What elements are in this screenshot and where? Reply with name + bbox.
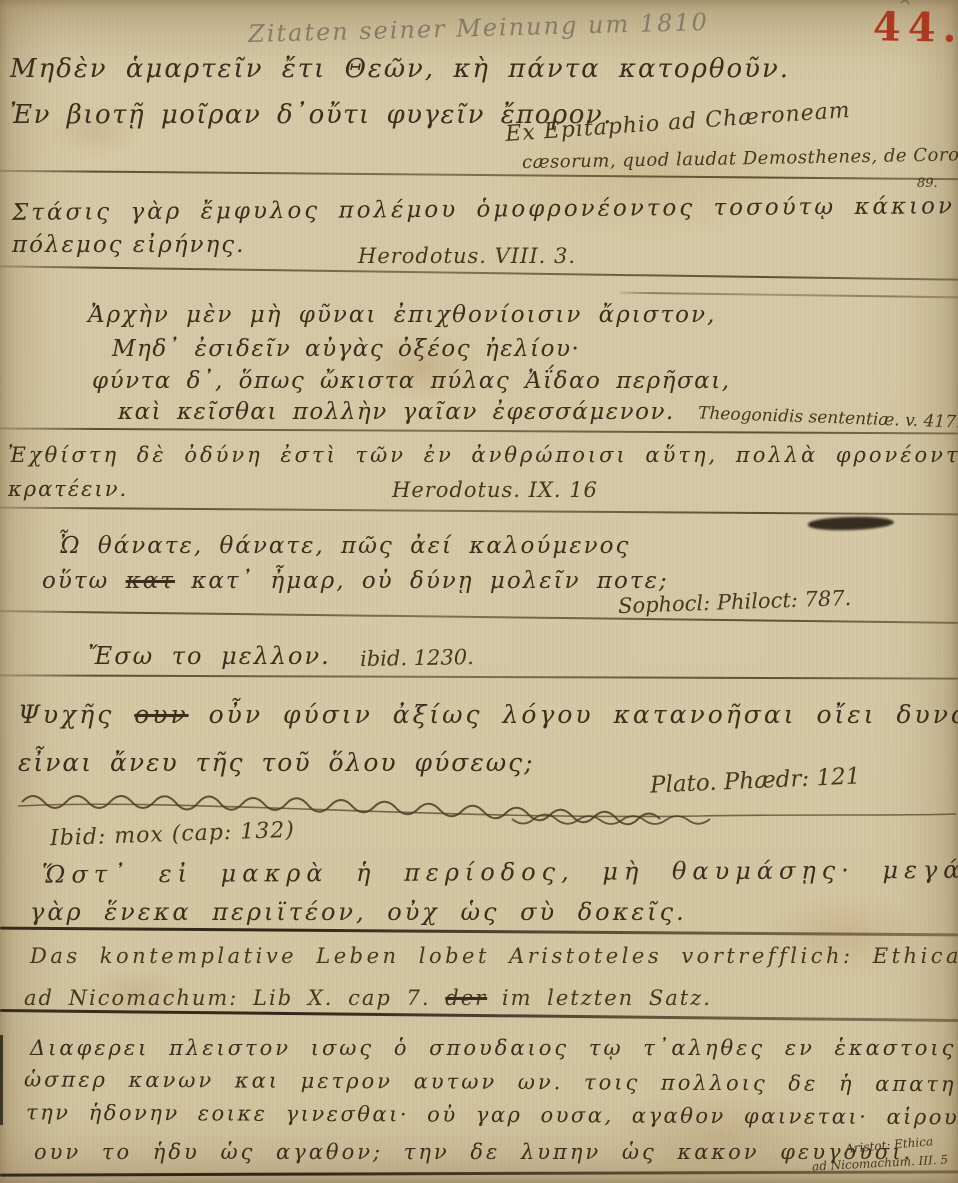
divider xyxy=(0,427,958,434)
pencil-header-note: Zitaten seiner Meinung um 1810 xyxy=(248,8,710,48)
quote-theognis-line-1: Ἀρχὴν μὲν μὴ φῦναι ἐπιχθονίοισιν ἄριστον… xyxy=(88,302,716,328)
quote-aristotle-line-4: ουν το ἡδυ ὡς αγαθον; την δε λυπην ὡς κα… xyxy=(34,1140,913,1164)
note-german-line-2-end: im letzten Satz. xyxy=(502,986,712,1010)
divider xyxy=(0,170,958,180)
quote-aristotle-line-3: την ἡδονην εοικε γινεσθαι· οὐ γαρ ουσα, … xyxy=(26,1100,958,1129)
citation-epitaph-ref: 89. xyxy=(917,176,938,191)
quote-epitaph-line-1: Μηδὲν ἁμαρτεῖν ἔτι Θεῶν, κὴ πάντα κατορθ… xyxy=(10,54,790,84)
citation-epitaph-line-2: cæsorum, quod laudat Demosthenes, de Cor… xyxy=(522,144,958,173)
struck-word: ουν xyxy=(134,700,188,729)
note-aristotle-german-line-1: Das kontemplative Leben lobet Aristotele… xyxy=(30,944,958,968)
citation-sophocles2: ibid. 1230. xyxy=(360,645,474,671)
struck-word: der xyxy=(445,986,487,1010)
quote-sophocles-line-2: οὕτω κατ κατ᾽ ἦμαρ, οὐ δύνῃ μολεῖν ποτε; xyxy=(42,568,669,594)
quote-aristotle-line-2: ὡσπερ κανων και μετρον αυτων ων. τοις πο… xyxy=(24,1067,958,1096)
quote-plato-line-1-end: οὖν φύσιν ἀξίως λόγου κατανοῆσαι οἴει δυ… xyxy=(209,700,958,729)
quote-herodotus9-line-1: Ἐχθίστη δὲ ὀδύνη ἐστὶ τῶν ἐν ἀνθρώποισι … xyxy=(8,443,958,467)
citation-herodotus8: Herodotus. VIII. 3. xyxy=(358,244,576,268)
quote-plato-line-1-start: Ψυχῆς xyxy=(18,700,114,729)
ink-smudge xyxy=(808,516,894,532)
quote-sophocles2-line-1: Ἔσω το μελλον. xyxy=(88,642,331,670)
quote-plato-line-1: Ψυχῆς ουν οὖν φύσιν ἀξίως λόγου κατανοῆσ… xyxy=(18,700,958,729)
quote-aristotle-line-1: Διαφερει πλειστον ισως ὁ σπουδαιος τῳ τ᾽… xyxy=(30,1036,958,1060)
divider-dark xyxy=(0,927,958,937)
manuscript-page: Zitaten seiner Meinung um 1810 ^ 44. Μηδ… xyxy=(0,0,958,1183)
margin-ink-mark xyxy=(0,1035,3,1125)
divider xyxy=(0,507,958,516)
citation-herodotus9: Herodotus. IX. 16 xyxy=(392,478,598,502)
divider-dark xyxy=(0,1009,958,1022)
quote-herodotus8-line-1: Στάσις γὰρ ἔμφυλος πολέμου ὁμοφρονέοντος… xyxy=(12,192,958,226)
page-number: 44. xyxy=(873,3,958,52)
quote-plato2-line-2: γὰρ ἕνεκα περιϊτέον, οὐχ ὡς σὺ δοκεῖς. xyxy=(30,898,687,926)
note-aristotle-german-line-2: ad Nicomachum: Lib X. cap 7. der im letz… xyxy=(24,986,712,1010)
divider xyxy=(0,610,958,624)
quote-herodotus8-line-2: πόλεμος εἰρήνης. xyxy=(12,232,246,258)
divider-fragment xyxy=(620,292,958,299)
quote-theognis-line-4: καὶ κεῖσθαι πολλὴν γαῖαν ἐφεσσάμενον. xyxy=(118,399,675,425)
divider xyxy=(0,674,958,679)
quote-sophocles-line-2-end: κατ᾽ ἦμαρ, οὐ δύνῃ μολεῖν ποτε; xyxy=(191,568,668,594)
quote-plato-line-2: εἶναι ἄνευ τῆς τοῦ ὅλου φύσεως; xyxy=(18,748,535,777)
quote-plato2-line-1: Ὥστ᾽ εἰ μακρὰ ἡ περίοδος, μὴ θαυμάσῃς· μ… xyxy=(42,855,958,888)
divider-dark xyxy=(0,1170,958,1176)
struck-word: κατ xyxy=(126,568,175,594)
quote-theognis-line-3: φύντα δ᾽, ὅπως ὤκιστα πύλας Ἀΐδαο περῆσα… xyxy=(92,368,731,394)
note-german-line-2-start: ad Nicomachum: Lib X. cap 7. xyxy=(24,986,431,1010)
citation-theognis: Theogonidis sententiæ. v. 417. xyxy=(698,403,958,432)
quote-sophocles-line-1: Ὦ θάνατε, θάνατε, πῶς ἀεί καλούμενος xyxy=(58,533,630,559)
quote-herodotus9-line-2: κρατέειν. xyxy=(8,477,128,501)
quote-sophocles-line-2-start: οὕτω xyxy=(42,568,109,594)
quote-theognis-line-2: Μηδ᾽ ἐσιδεῖν αὐγὰς ὀξέος ἠελίου· xyxy=(112,336,580,362)
